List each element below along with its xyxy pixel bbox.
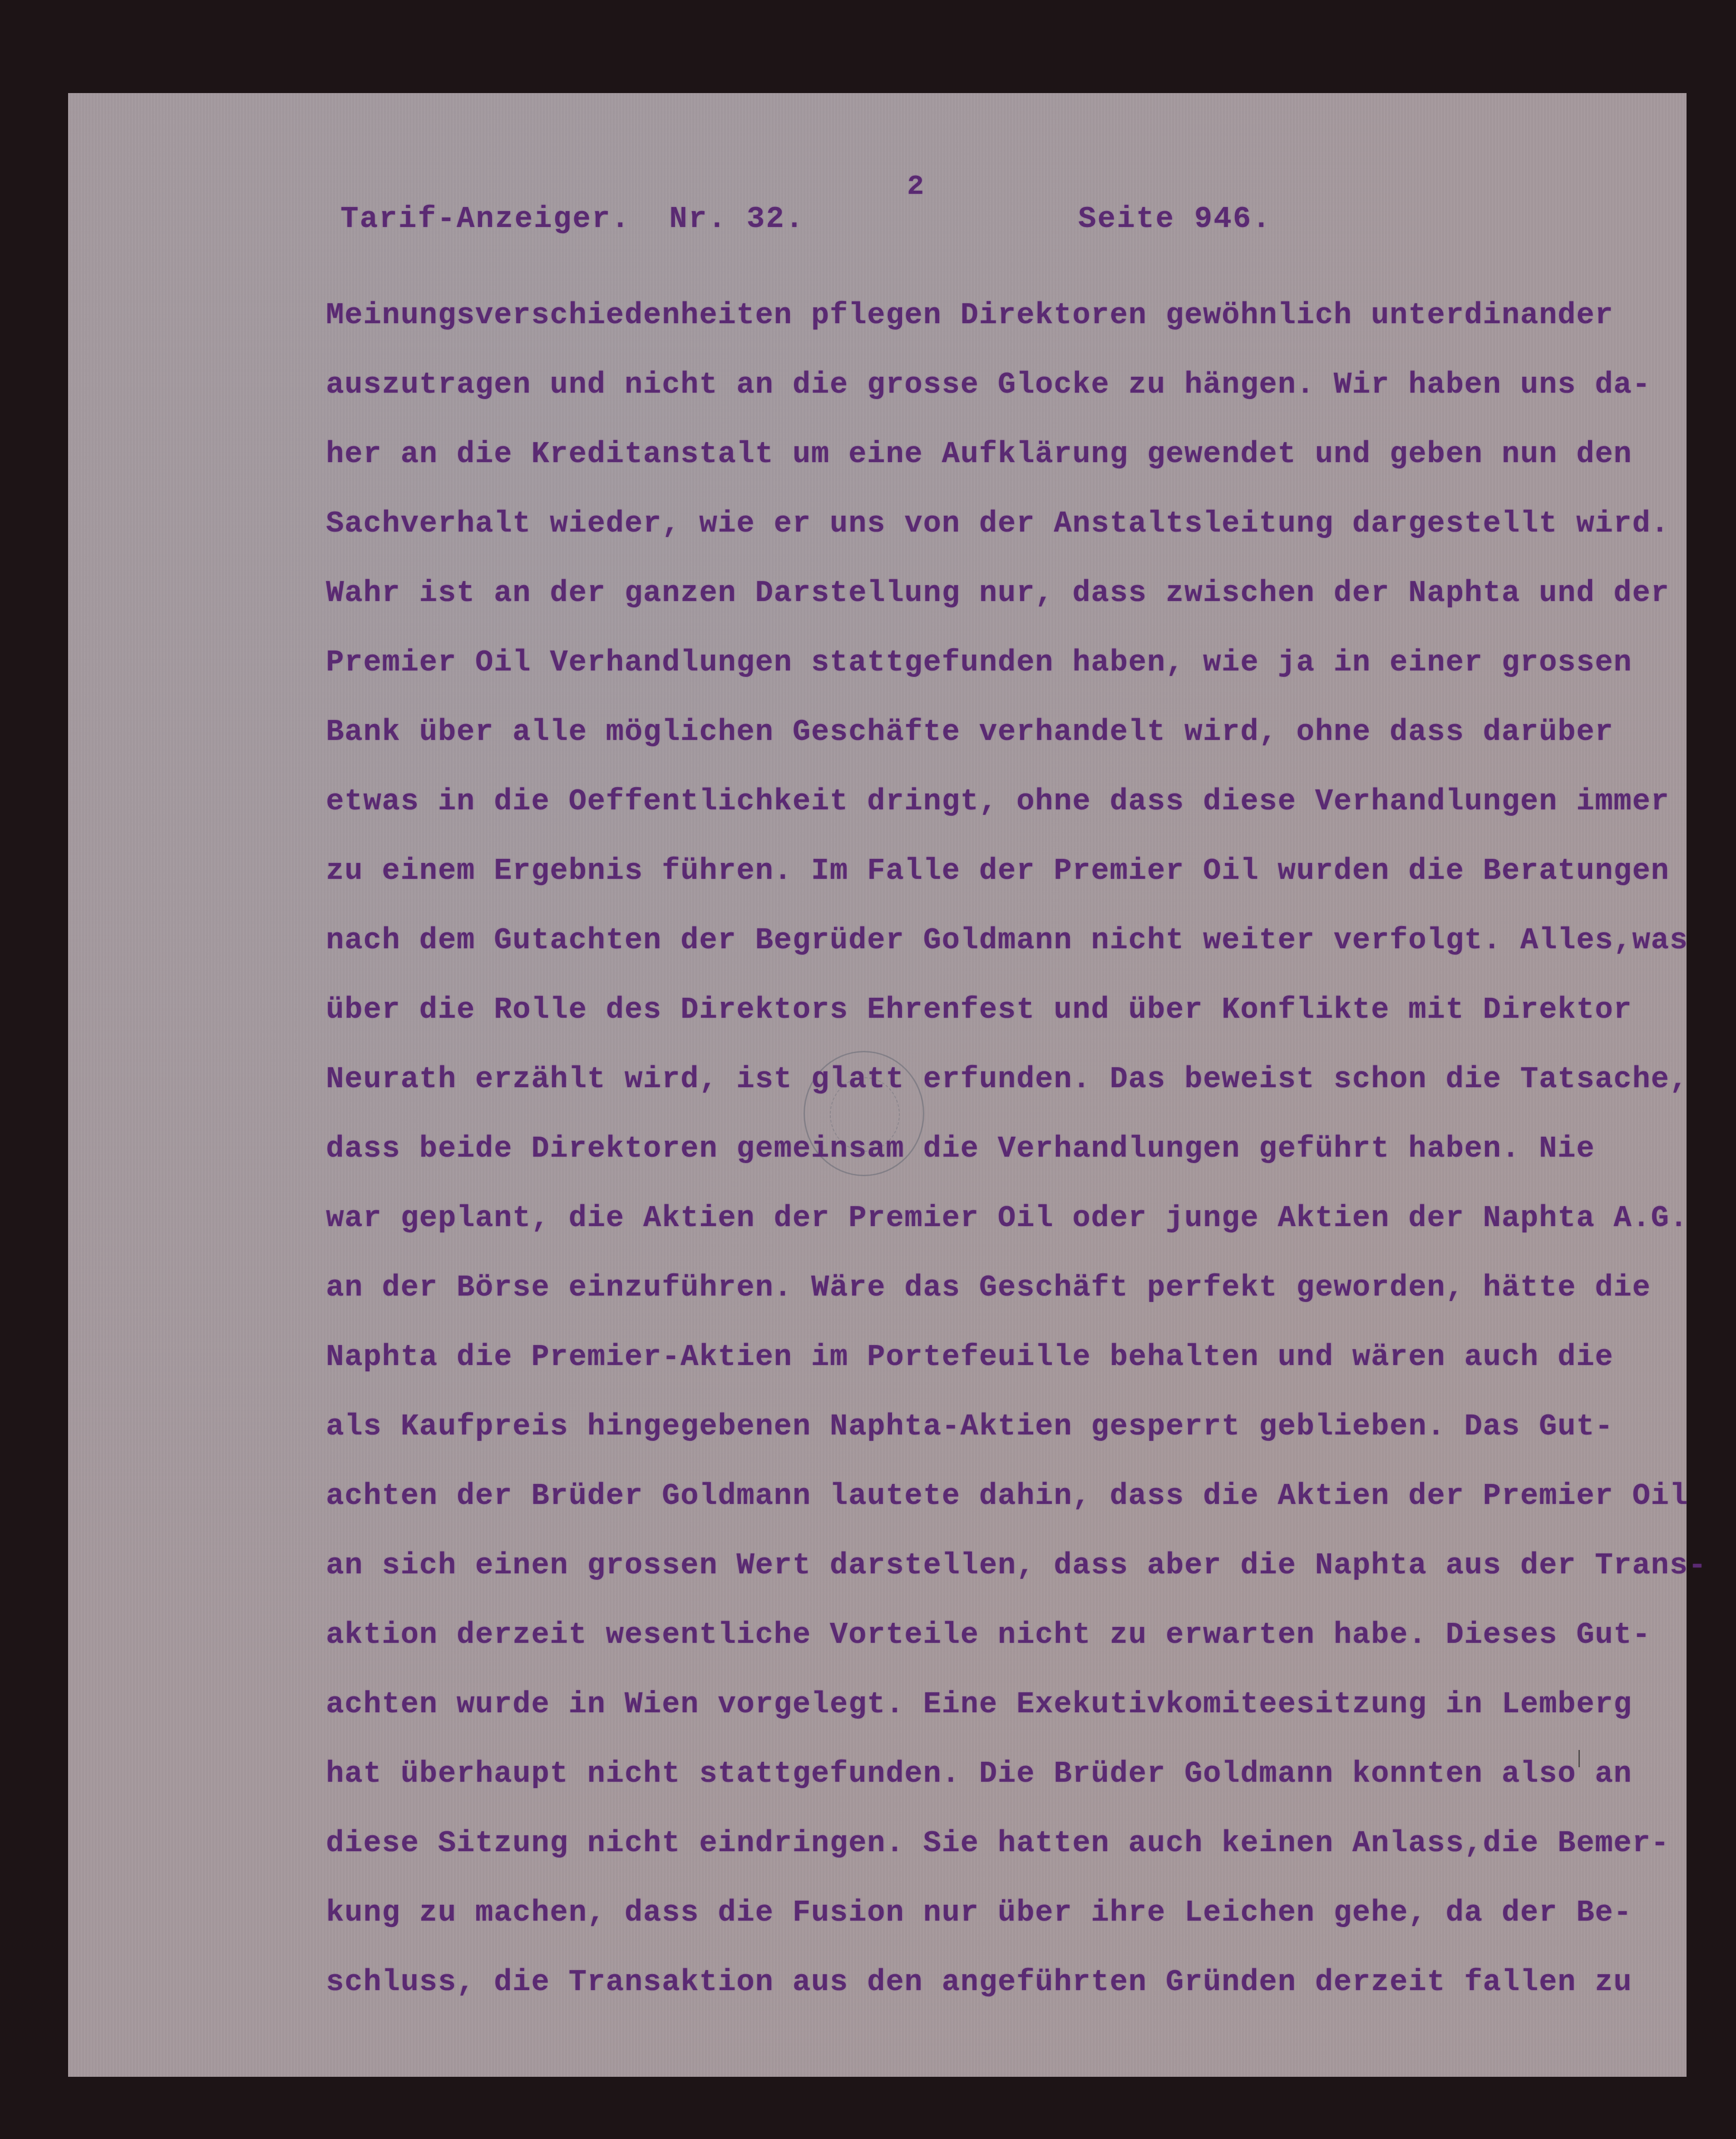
text-line: an sich einen grossen Wert darstellen, d… [326, 1545, 1707, 1615]
text-line: achten wurde in Wien vorgelegt. Eine Exe… [326, 1684, 1707, 1754]
text-line: nach dem Gutachten der Begrüder Goldmann… [326, 920, 1707, 990]
text-line: kung zu machen, dass die Fusion nur über… [326, 1893, 1707, 1962]
text-line: etwas in die Oeffentlichkeit dringt, ohn… [326, 781, 1707, 851]
text-line: zu einem Ergebnis führen. Im Falle der P… [326, 851, 1707, 920]
text-line: her an die Kreditanstalt um eine Aufklär… [326, 434, 1707, 503]
text-line: auszutragen und nicht an die grosse Gloc… [326, 365, 1707, 434]
text-line: diese Sitzung nicht eindringen. Sie hatt… [326, 1823, 1707, 1893]
text-line: an der Börse einzuführen. Wäre das Gesch… [326, 1267, 1707, 1337]
page-reference: Seite 946. [1078, 202, 1272, 236]
publication-header: Tarif-Anzeiger. Nr. 32. [340, 202, 805, 236]
text-line: achten der Brüder Goldmann lautete dahin… [326, 1476, 1707, 1545]
paper-sheet: 2 Tarif-Anzeiger. Nr. 32. Seite 946. Mei… [68, 93, 1687, 2077]
text-line: Neurath erzählt wird, ist glatt erfunden… [326, 1059, 1707, 1129]
text-line: Premier Oil Verhandlungen stattgefunden … [326, 642, 1707, 712]
text-line: Naphta die Premier-Aktien im Portefeuill… [326, 1337, 1707, 1406]
text-line: als Kaufpreis hingegebenen Naphta-Aktien… [326, 1406, 1707, 1476]
text-line: dass beide Direktoren gemeinsam die Verh… [326, 1129, 1707, 1198]
text-line: über die Rolle des Direktors Ehrenfest u… [326, 990, 1707, 1059]
text-line: hat überhaupt nicht stattgefunden. Die B… [326, 1754, 1707, 1823]
text-line: Wahr ist an der ganzen Darstellung nur, … [326, 573, 1707, 642]
text-line: Meinungsverschiedenheiten pflegen Direkt… [326, 295, 1707, 365]
page-number: 2 [907, 170, 925, 202]
text-line: Sachverhalt wieder, wie er uns von der A… [326, 503, 1707, 573]
text-line: war geplant, die Aktien der Premier Oil … [326, 1198, 1707, 1267]
text-line: schluss, die Transaktion aus den angefüh… [326, 1962, 1707, 2031]
text-line: Bank über alle möglichen Geschäfte verha… [326, 712, 1707, 781]
body-text: Meinungsverschiedenheiten pflegen Direkt… [326, 295, 1707, 2031]
text-line: aktion derzeit wesentliche Vorteile nich… [326, 1615, 1707, 1684]
